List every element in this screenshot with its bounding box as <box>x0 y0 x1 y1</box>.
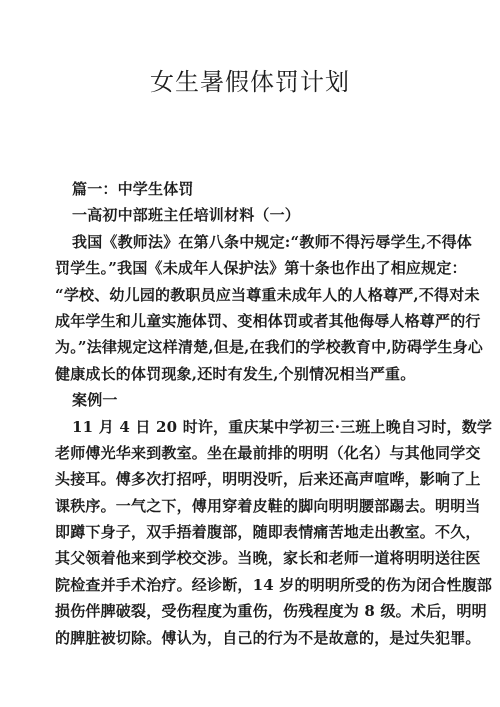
text-line: 健康成长的体罚现象,还时有发生,个别情况相当严重。 <box>55 361 447 387</box>
text-line: 的脾脏被切除。傅认为，自己的行为不是故意的，是过失犯罪。 <box>55 625 447 651</box>
section-heading: 篇一：中学生体罚 <box>55 176 447 202</box>
section-heading: 案例一 <box>55 387 447 413</box>
text-line: 罚学生。”我国《未成年人保护法》第十条也作出了相应规定： <box>55 255 447 281</box>
text-line: 课秩序。一气之下，傅用穿着皮鞋的脚向明明腰部踢去。明明当 <box>55 493 447 519</box>
text-line: 成年学生和儿童实施体罚、变相体罚或者其他侮辱人格尊严的行 <box>55 308 447 334</box>
text-line: 老师傅光华来到教室。坐在最前排的明明（化名）与其他同学交 <box>55 440 447 466</box>
document-page: 女生暑假体罚计划 篇一：中学生体罚 一高初中部班主任培训材料（一） 我国《教师法… <box>0 0 500 707</box>
document-body: 篇一：中学生体罚 一高初中部班主任培训材料（一） 我国《教师法》在第八条中规定:… <box>55 176 447 651</box>
text-line: 头接耳。傅多次打招呼，明明没听，后来还高声喧哗，影响了上 <box>55 466 447 492</box>
text-line: 一高初中部班主任培训材料（一） <box>55 202 447 228</box>
text-line: 损伤伴脾破裂，受伤程度为重伤，伤残程度为 8 级。术后，明明 <box>55 598 447 624</box>
text-line: 11 月 4 日 20 时许，重庆某中学初三·三班上晚自习时，数学 <box>55 414 447 440</box>
text-line: “学校、幼儿园的教职员应当尊重未成年人的人格尊严,不得对未 <box>55 282 447 308</box>
text-line: 其父领着他来到学校交涉。当晚，家长和老师一道将明明送往医 <box>55 545 447 571</box>
text-line: 为。”法律规定这样清楚,但是,在我们的学校教育中,防碍学生身心 <box>55 334 447 360</box>
text-line: 即蹲下身子，双手捂着腹部，随即表情痛苦地走出教室。不久， <box>55 519 447 545</box>
text-line: 我国《教师法》在第八条中规定:“教师不得污辱学生,不得体 <box>55 229 447 255</box>
document-title: 女生暑假体罚计划 <box>0 62 500 97</box>
text-line: 院检查并手术治疗。经诊断，14 岁的明明所受的伤为闭合性腹部 <box>55 572 447 598</box>
